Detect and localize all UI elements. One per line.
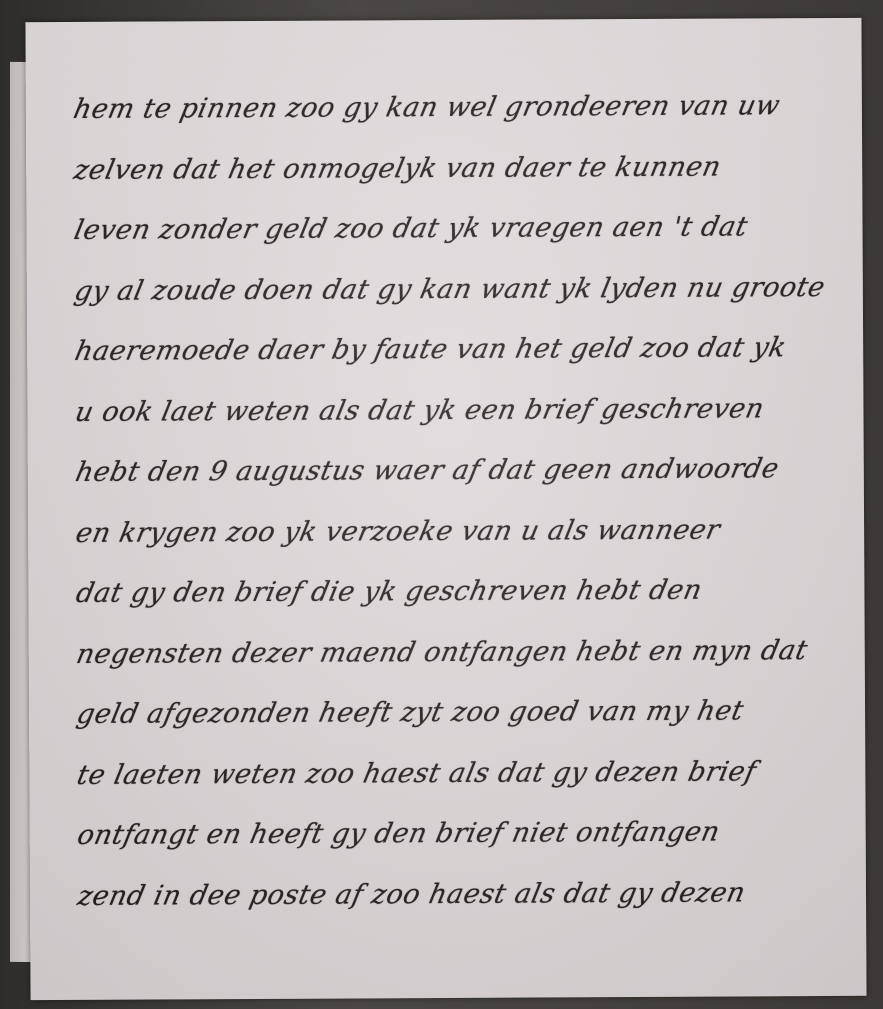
letter-page: hem te pinnen zoo gy kan wel grondeeren … (25, 18, 866, 1000)
text-line: negensten dezer maend ontfangen hebt en … (70, 620, 851, 685)
text-line: gy al zoude doen dat gy kan want yk lyde… (69, 257, 850, 322)
text-line: en krygen zoo yk verzoeke van u als wann… (70, 499, 851, 564)
text-line: u ook laet weten als dat yk een brief ge… (69, 378, 850, 443)
text-line: geld afgezonden heeft zyt zoo goed van m… (71, 681, 852, 746)
handwritten-text: hem te pinnen zoo gy kan wel grondeeren … (74, 76, 846, 927)
text-line: dat gy den brief die yk geschreven hebt … (70, 560, 851, 625)
text-line: leven zonder geld zoo dat yk vraegen aen… (68, 197, 849, 262)
text-line: hem te pinnen zoo gy kan wel grondeeren … (68, 76, 849, 141)
text-line: hebt den 9 augustus waer af dat geen and… (70, 439, 851, 504)
text-line: haeremoede daer by faute van het geld zo… (69, 318, 850, 383)
text-line: te laeten weten zoo haest als dat gy dez… (71, 741, 852, 806)
text-line: zend in dee poste af zoo haest als dat g… (72, 862, 853, 927)
text-line: zelven dat het onmogelyk van daer te kun… (68, 136, 849, 201)
text-line: ontfangt en heeft gy den brief niet ontf… (71, 802, 852, 867)
